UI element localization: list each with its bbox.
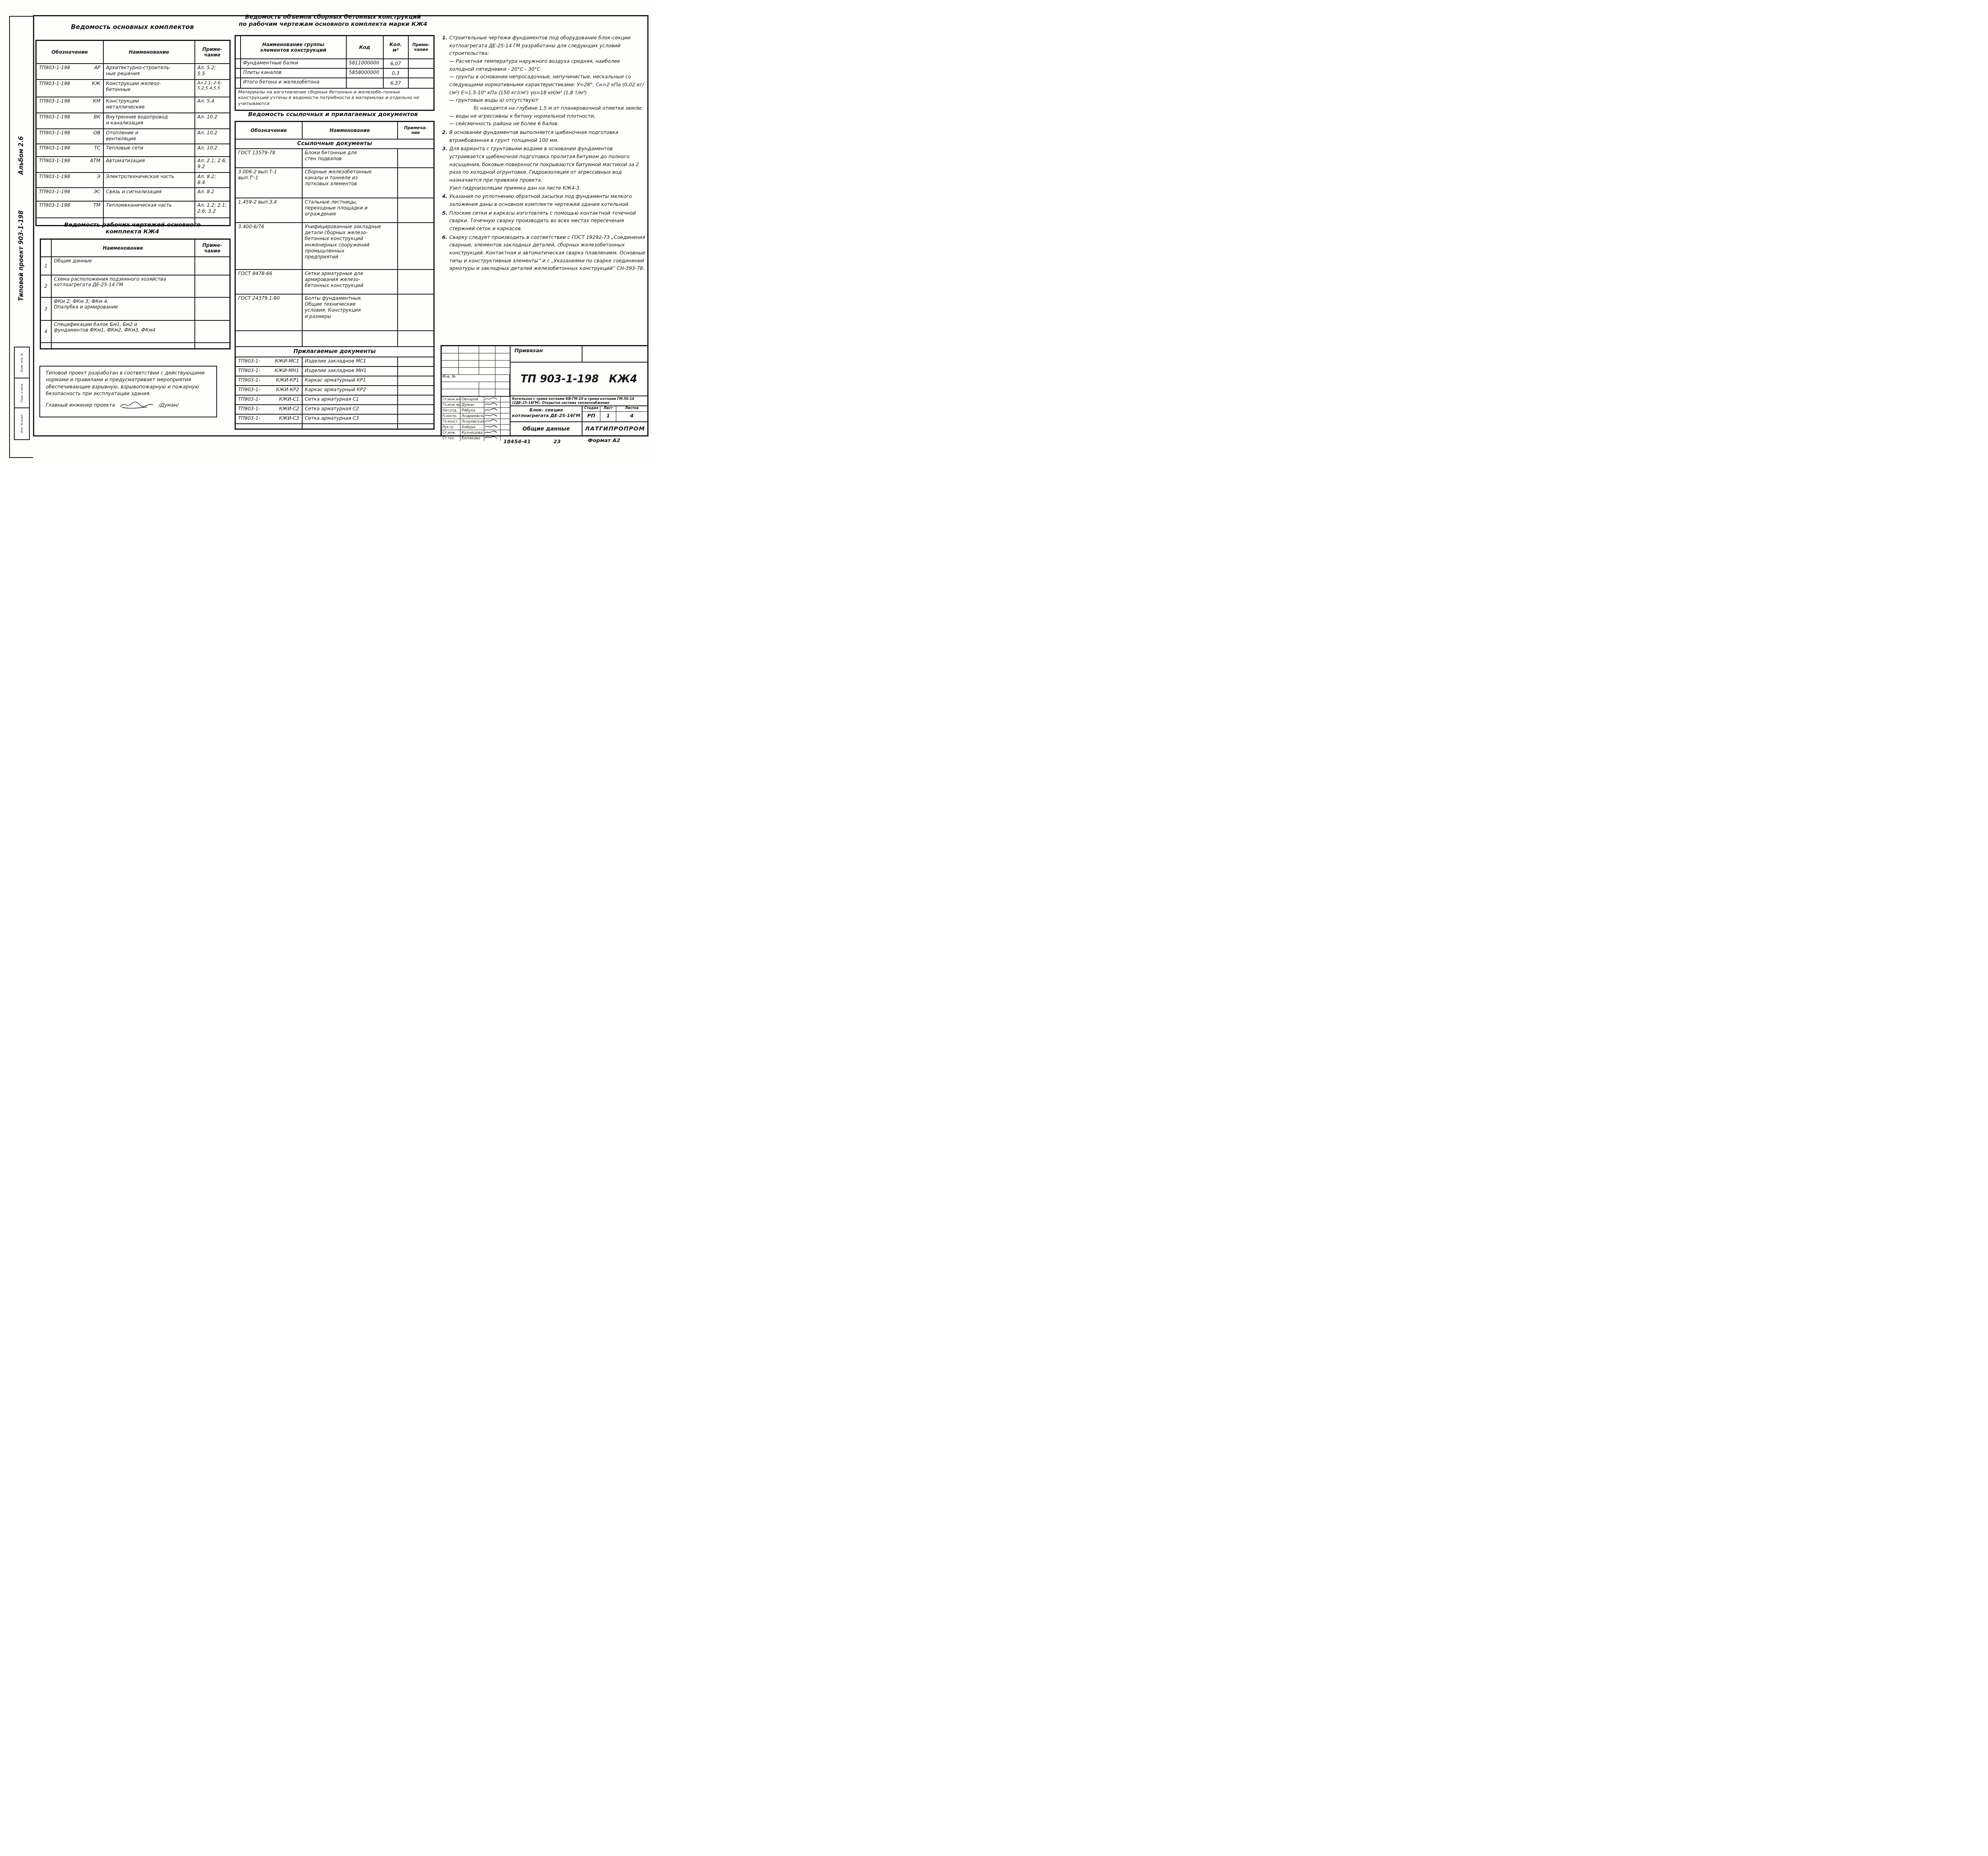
signature-row: Гл.инж.пр.Думан	[442, 402, 510, 408]
table-row: ТП903-1-198ТМТепломеханическая частьАл. …	[36, 201, 230, 218]
table-row: ТП903-1-КЖИ-С2Сетка арматурная С2	[235, 405, 434, 414]
table-row: 3ФКм 2; ФКм 3; ФКм 4. Опалубка и армиров…	[41, 297, 230, 320]
compliance-note-box: Типовой проект разработан в соответствии…	[39, 366, 217, 417]
signature-row: Гл.инж.ин-таОвчаров	[442, 397, 510, 402]
note-1: 1.Строительные чертежи фундаментов под о…	[442, 34, 646, 128]
document-code: ТП 903-1-198 КЖ4	[511, 363, 647, 396]
signature-row: Рук.гр.Бобрук	[442, 425, 510, 430]
note-3: 3.Для варианта с грунтовыми водами в осн…	[442, 145, 646, 192]
col-note: Приме- чание	[195, 239, 230, 257]
table-row: 3.006-2 вып.Т-1 вып.Т'-1Сборные железобе…	[235, 168, 434, 198]
object-name: Блок- секция котлоагрегата ДЕ-25-14ГМ	[511, 406, 582, 421]
volumes-footnote: Материалы на изготовление сборных бетонн…	[235, 88, 434, 111]
sidebar-vertical-text: Типовой проект 903-1-198Альбом 2.6	[9, 48, 33, 390]
signature-scribble	[484, 419, 498, 423]
signature-row: Ст.тех.Белякова	[442, 436, 510, 441]
note-5: 5.Плоские сетки и каркасы изготовлять с …	[442, 209, 646, 233]
margin-box-2-label: Подп. и дата	[20, 384, 23, 403]
archive-number: 18454-41	[503, 439, 531, 445]
signature-row: Нач.отд.Рябуха	[442, 408, 510, 413]
ref-docs-table: Обозначение Наименование Примеча- ние Сс…	[235, 121, 435, 430]
volumes-table: Наименование группы элементов конструкци…	[235, 35, 435, 111]
table-header-row: Наименование Приме- чание	[41, 239, 230, 257]
margin-box-1: Взам. инв. №	[15, 347, 29, 378]
table-header-row: Наименование группы элементов конструкци…	[235, 36, 434, 59]
signature-row: Ст.инж.Кузнецова	[442, 430, 510, 436]
sheets-value: 4	[616, 412, 647, 421]
table-row: ГОСТ 8478-66Сетки арматурные для армиров…	[235, 270, 434, 294]
table-header-row: Обозначение Наименование Приме- чание	[36, 41, 230, 64]
table-row: 1.459-2 вып.3,4Стальные лестницы, перехо…	[235, 198, 434, 223]
margin-stamp-boxes: Взам. инв. № Подп. и дата Инв. № подл.	[14, 347, 30, 440]
sheet-header: Лист	[600, 406, 616, 411]
col-name: Наименование	[103, 41, 195, 64]
signature-scribble	[484, 413, 498, 417]
table-row: ТП903-1-198КЖКонструкции железо- бетонны…	[36, 80, 230, 97]
table-row: ТП903-1-198ОВОтопление и вентиляцияАл. 1…	[36, 129, 230, 144]
margin-box-2: Подп. и дата	[15, 378, 29, 408]
table-row: ТП903-1-198АРАрхитектурно-строитель- ные…	[36, 64, 230, 80]
table-row: ТП903-1-198КМКонструкции металлическиеАл…	[36, 97, 230, 113]
table-row: ТП903-1-КЖИ-КР1Каркас арматурный КР1	[235, 376, 434, 386]
table-row: ТП903-1-КЖИ-С3Сетка арматурная С3	[235, 414, 434, 424]
margin-box-3-label: Инв. № подл.	[20, 414, 23, 433]
drawing-sheet: Типовой проект 903-1-198Альбом 2.6 Взам.…	[0, 0, 652, 464]
table-row-empty	[235, 331, 434, 347]
table-row: Плиты каналов58580000000,3	[235, 68, 434, 78]
table-row: ТП903-1-КЖИ-МН1Изделие закладное МН1	[235, 367, 434, 376]
revision-grid: Инв. №	[442, 346, 510, 397]
col-name: Наименование	[302, 122, 398, 139]
attached-label: Привязан	[511, 346, 582, 362]
sidebar-album-label: Альбом 2.6	[17, 136, 25, 175]
table-row-empty	[41, 343, 230, 349]
section-row: Прилагаемые документы	[235, 347, 434, 357]
signature-row: Н.контр.Андриевская	[442, 413, 510, 419]
ref-docs-title: Ведомость ссылочных и прилагаемых докуме…	[233, 111, 433, 118]
chief-engineer-label: Главный инженер проекта	[46, 402, 115, 409]
table-row: ГОСТ 13579-78Блоки бетонные для стен под…	[235, 149, 434, 168]
working-drawings-table: Наименование Приме- чание 1Общие данные …	[40, 239, 231, 349]
note-6: 6.Сварку следует производить в соответст…	[442, 234, 646, 273]
table-row: Итого бетона и железобетона6,37	[235, 78, 434, 88]
signature-scribble	[484, 430, 498, 434]
note-2: 2.В основании фундаментов выполняется ще…	[442, 129, 646, 144]
signature-scribble	[484, 402, 498, 406]
table-footnote-row: Материалы на изготовление сборных бетонн…	[235, 88, 434, 111]
table-header-row: Обозначение Наименование Примеча- ние	[235, 122, 434, 139]
signature-table: Гл.инж.ин-таОвчаров Гл.инж.пр.Думан Нач.…	[442, 397, 510, 441]
doc-code: ТП 903-1-198	[520, 373, 599, 385]
col-designation: Обозначение	[36, 41, 103, 64]
main-sets-table: Обозначение Наименование Приме- чание ТП…	[35, 40, 231, 226]
table-row: ТП903-1-КЖИ-КР2Каркас арматурный КР2	[235, 386, 434, 395]
signature-scribble	[484, 436, 498, 440]
col-designation: Обозначение	[235, 122, 302, 139]
stage-grid: Стадия Лист Листов РП 1 4	[582, 406, 647, 421]
sheet-value: 1	[600, 412, 616, 421]
col-group: Наименование группы элементов конструкци…	[241, 36, 346, 59]
table-row: 4Спецификации балок Бм1, Бм2 и фундамент…	[41, 320, 230, 343]
section-row: Ссылочные документы	[235, 139, 434, 149]
working-drawings-title: Ведомость рабочих чертежей основного ком…	[35, 222, 229, 236]
margin-box-3: Инв. № подл.	[15, 408, 29, 438]
col-code: Код	[346, 36, 383, 59]
table-row: ТП903-1-198АТМАвтоматизацияАл. 2.1; 2.6;…	[36, 157, 230, 173]
signature-row: Гл.конст.Анзуевская	[442, 419, 510, 425]
table-row: ТП903-1-198ТСТепловые сетиАл. 10.2	[36, 144, 230, 157]
table-row: ТП903-1-КЖИ-МС1Изделие закладное МС1	[235, 357, 434, 367]
ref-section-label: Ссылочные документы	[235, 139, 434, 149]
stage-value: РП	[582, 412, 600, 421]
volumes-title: Ведомость объемов сборных бетонных конст…	[233, 14, 433, 28]
table-row-empty	[235, 424, 434, 429]
attached-section-label: Прилагаемые документы	[235, 347, 434, 357]
sidebar-project-label: Типовой проект 903-1-198	[17, 210, 25, 301]
col-name: Наименование	[51, 239, 195, 257]
signature-scribble	[484, 408, 498, 412]
inventory-label: Инв. №	[442, 375, 479, 382]
attached-empty-cell	[582, 346, 647, 362]
col-num	[41, 239, 51, 257]
set-mark: КЖ4	[609, 373, 637, 385]
compliance-note-text: Типовой проект разработан в соответствии…	[46, 370, 211, 398]
page-mark: 23	[553, 439, 561, 445]
table-row: ТП903-1-КЖИ-С1Сетка арматурная С1	[235, 395, 434, 405]
note-4: 4.Указания по уплотнению обратной засыпк…	[442, 193, 646, 208]
signature-scribble	[484, 425, 498, 429]
main-sets-title: Ведомость основных комплектов	[35, 23, 229, 31]
table-row: 3.400-6/76Унифицированные закладные дета…	[235, 223, 434, 270]
table-row: ТП903-1-198ВКВнутренние водопровод и кан…	[36, 113, 230, 129]
format-label: Формат А2	[588, 438, 620, 444]
table-row: ТП903-1-198ЭССвязь и сигнализацияАл. 8.2	[36, 188, 230, 201]
table-row: Фундаментные балки58110000006,07	[235, 59, 434, 68]
col-note: Приме- чание	[408, 36, 434, 59]
signature-scribble	[484, 397, 498, 401]
table-row: ГОСТ 24379.1-80Болты фундаментные. Общие…	[235, 294, 434, 331]
margin-box-1-label: Взам. инв. №	[20, 353, 23, 372]
col-qty: Кол. м³	[383, 36, 408, 59]
col-note: Приме- чание	[195, 41, 230, 64]
title-block: Инв. № Гл.инж.ин-таОвчаров Гл.инж.пр.Дум…	[441, 345, 648, 436]
table-row: 1Общие данные	[41, 257, 230, 275]
project-description: Котельная с тремя котлами КВ-ГМ-10 и тре…	[511, 396, 647, 406]
table-row: 2Схема расположения подземного хозяйства…	[41, 275, 230, 297]
general-notes: 1.Строительные чертежи фундаментов под о…	[442, 34, 646, 273]
sheets-header: Листов	[616, 406, 647, 411]
stage-header: Стадия	[582, 406, 600, 411]
organization-name: ЛАТГИПРОПРОМ	[582, 422, 647, 435]
table-row: ТП903-1-198ЭЭлектротехническая частьАл. …	[36, 173, 230, 188]
chief-engineer-name: /Думан/	[159, 402, 179, 409]
sheet-name: Общие данные	[511, 422, 582, 435]
col-note: Примеча- ние	[398, 122, 434, 139]
signature-scribble	[119, 400, 155, 409]
